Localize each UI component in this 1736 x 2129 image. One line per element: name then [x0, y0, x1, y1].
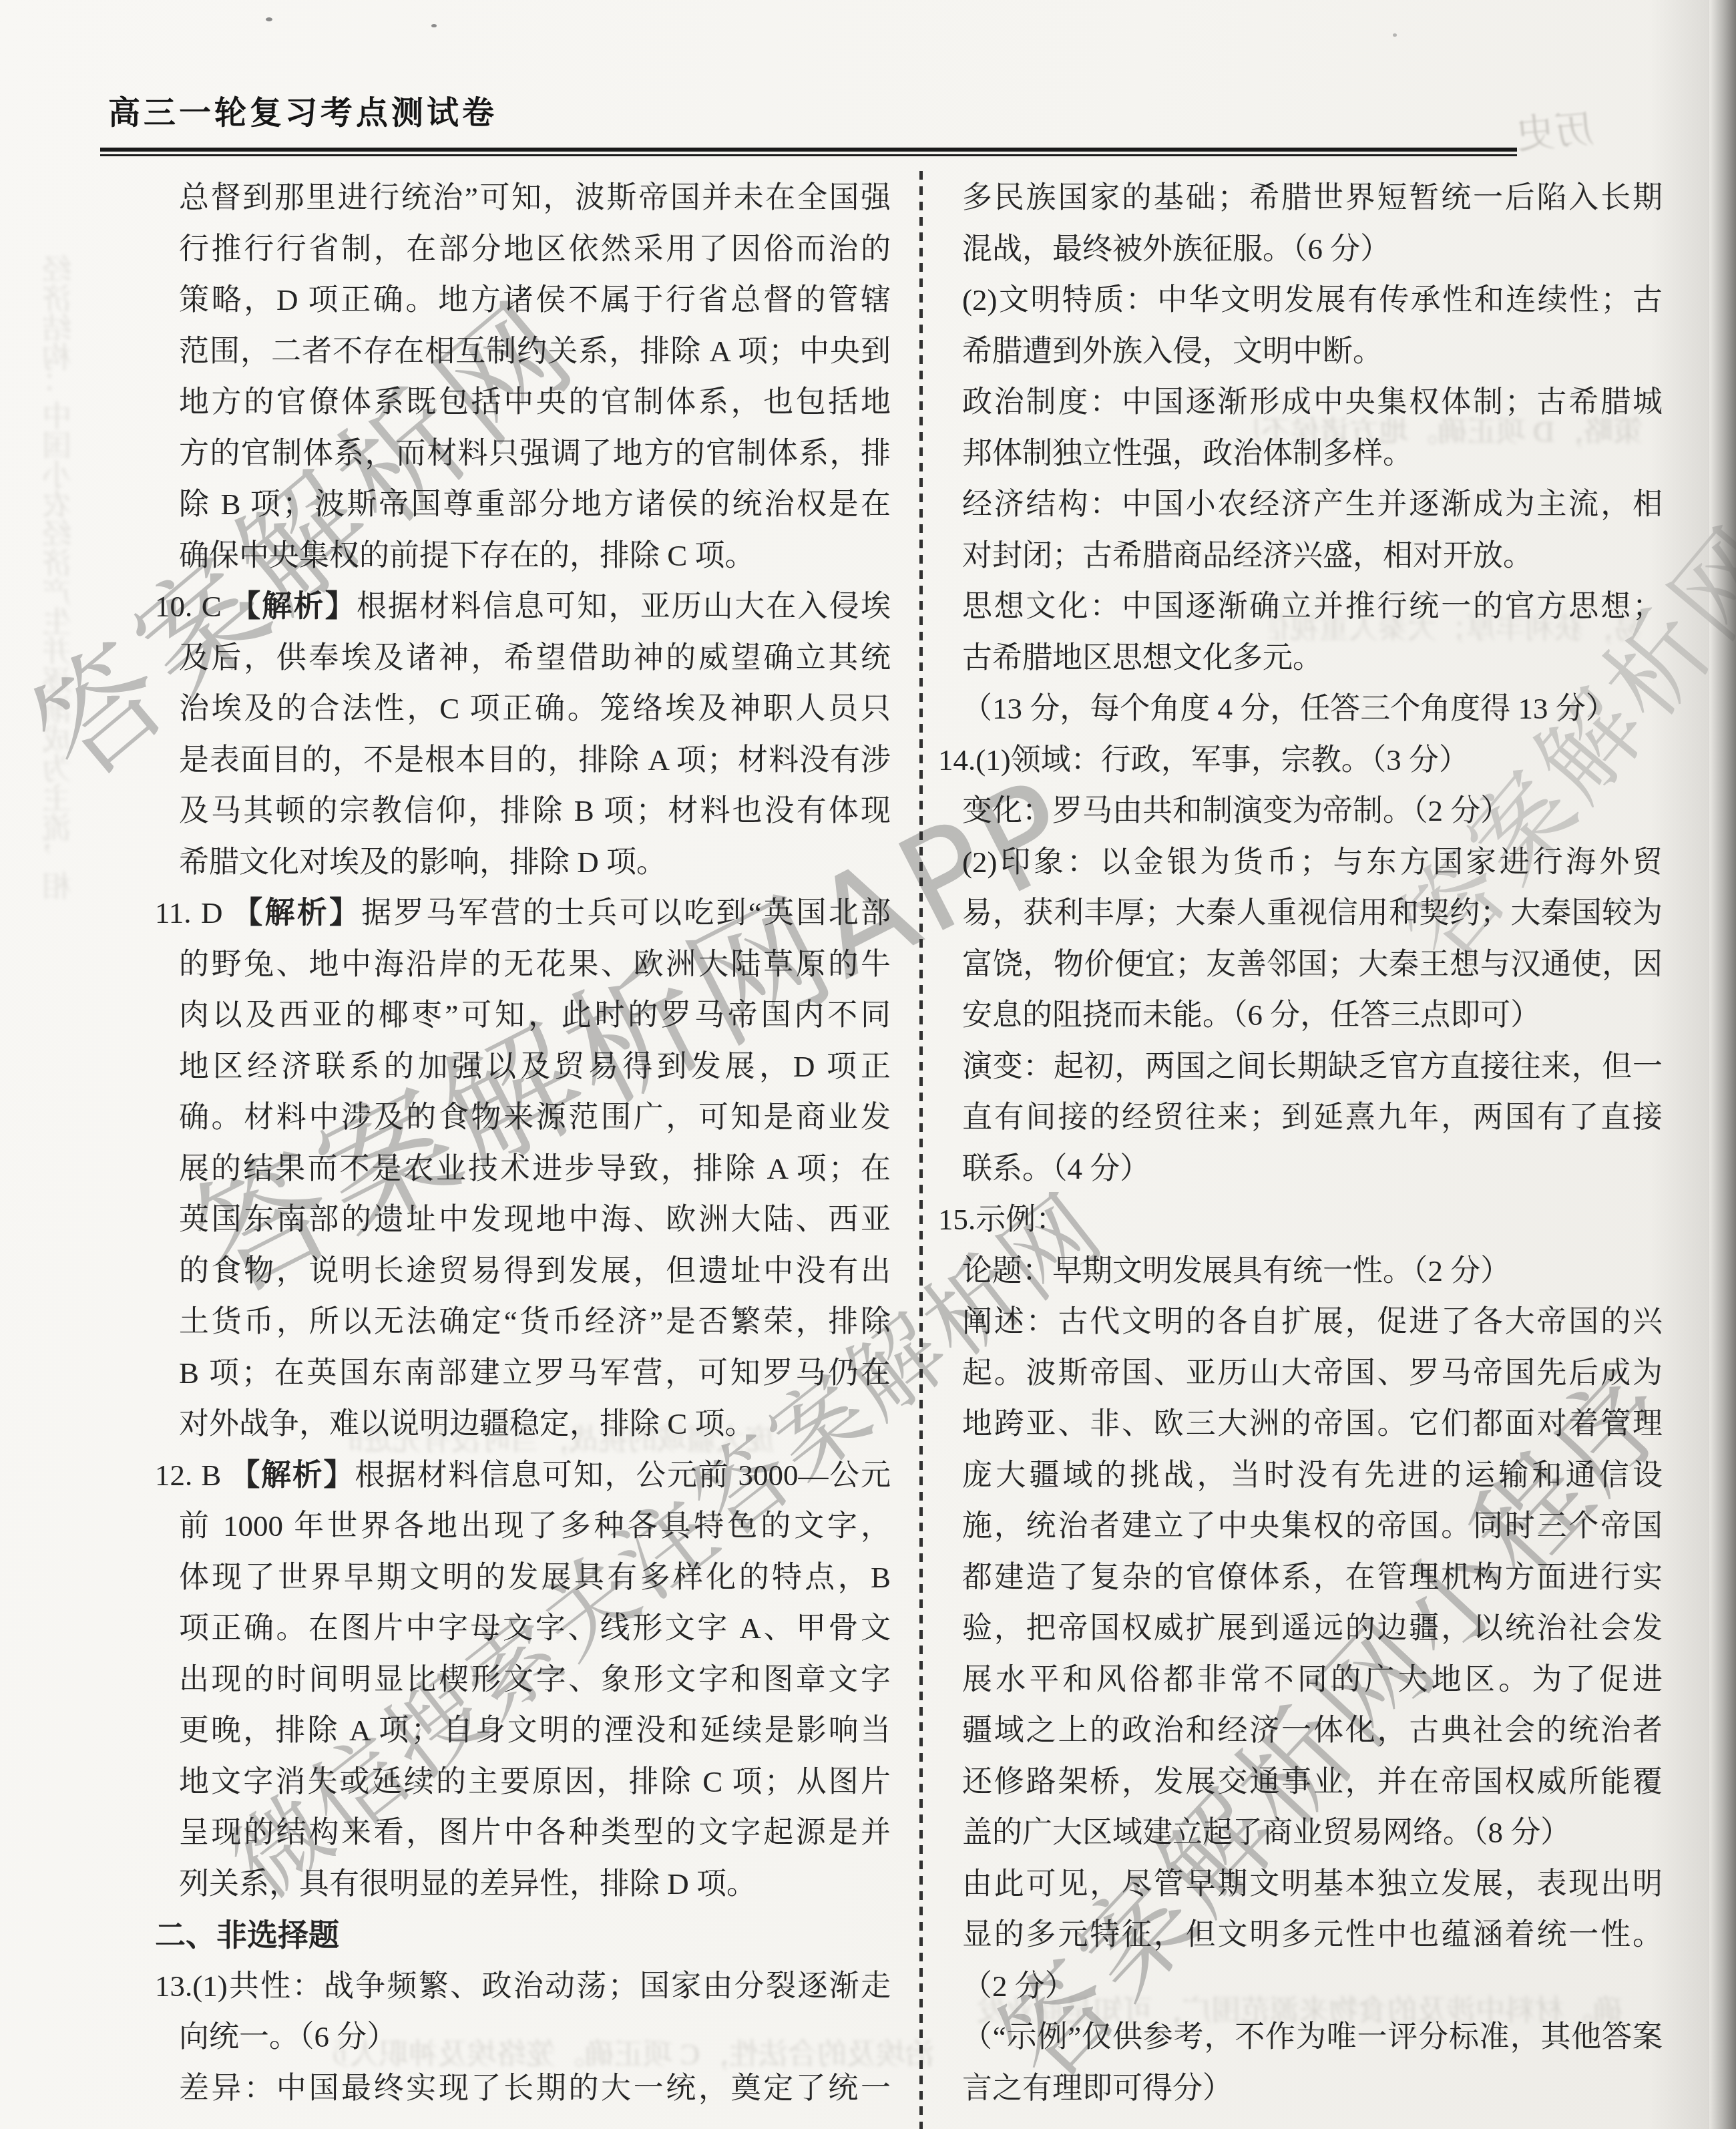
scan-speck	[1393, 33, 1397, 37]
answer-line: 14.(1)领域：行政，军事，宗教。（3 分）	[938, 735, 1663, 786]
answer-line: 策略，D 项正确。地方诸侯不属于行省总督的管辖	[155, 274, 891, 326]
answer-line: 显的多元特征，但文明多元性中也蕴涵着统一性。	[938, 1909, 1663, 1961]
answer-line: (2)文明特质：中华文明发展有传承性和连续性；古	[938, 274, 1663, 326]
answer-line: 起。波斯帝国、亚历山大帝国、罗马帝国先后成为	[938, 1348, 1663, 1399]
answer-line: 范围，二者不存在相互制约关系，排除 A 项；中央到	[155, 326, 891, 377]
answer-line: 地区经济联系的加强以及贸易得到发展，D 项正	[155, 1041, 891, 1093]
answer-line: 项正确。在图片中字母文字、线形文字 A、甲骨文	[155, 1603, 891, 1654]
answer-line: 对封闭；古希腊商品经济兴盛，相对开放。	[938, 530, 1663, 582]
answer-line: 体现了世界早期文明的发展具有多样化的特点，B	[155, 1552, 891, 1603]
ghost-text: 历史	[1514, 97, 1596, 160]
answer-line: B 项；在英国东南部建立罗马军营，可知罗马仍在	[155, 1348, 891, 1399]
answer-number: 12. B	[155, 1459, 230, 1492]
answer-line: 确保中央集权的前提下存在的，排除 C 项。	[155, 530, 891, 582]
answer-text: 根据材料信息可知，亚历山大在入侵埃	[357, 590, 891, 623]
answer-line: (2)印象：以金银为货币；与东方国家进行海外贸	[938, 837, 1663, 888]
answer-line: 地文字消失或延续的主要原因，排除 C 项；从图片	[155, 1756, 891, 1808]
answer-line: 联系。（4 分）	[938, 1143, 1663, 1195]
answer-line: 疆域之上的政治和经济一体化，古典社会的统治者	[938, 1705, 1663, 1756]
right-column: 多民族国家的基础；希腊世界短暂统一后陷入长期混战，最终被外族征服。（6 分）(2…	[938, 172, 1663, 2114]
answer-line: 论题：早期文明发展具有统一性。（2 分）	[938, 1245, 1663, 1297]
answer-line: 总督到那里进行统治”可知，波斯帝国并未在全国强	[155, 172, 891, 224]
answer-line: 验，把帝国权威扩展到遥远的边疆，以统治社会发	[938, 1603, 1663, 1654]
answer-line: 差异：中国最终实现了长期的大一统，奠定了统一	[155, 2063, 891, 2114]
answer-line: 除 B 项；波斯帝国尊重部分地方诸侯的统治权是在	[155, 479, 891, 530]
answer-line: 演变：起初，两国之间长期缺乏官方直接往来，但一	[938, 1041, 1663, 1093]
left-column: 总督到那里进行统治”可知，波斯帝国并未在全国强行推行行省制，在部分地区依然采用了…	[155, 172, 891, 2114]
answer-line: 希腊文化对埃及的影响，排除 D 项。	[155, 837, 891, 888]
answer-line: 出现的时间明显比楔形文字、象形文字和图章文字	[155, 1654, 891, 1706]
answer-line: （“示例”仅供参考，不作为唯一评分标准，其他答案	[938, 2011, 1663, 2063]
answer-number: 11. D	[155, 896, 232, 930]
title-rule	[100, 148, 1517, 156]
answer-line: 方的官制体系，而材料只强调了地方的官制体系，排	[155, 428, 891, 479]
answer-line: 古希腊地区思想文化多元。	[938, 632, 1663, 684]
answer-line: 展的结果而不是农业技术进步导致，排除 A 项；在	[155, 1143, 891, 1195]
answer-line: 列关系，具有很明显的差异性，排除 D 项。	[155, 1859, 891, 1910]
answer-line: 庞大疆域的挑战，当时没有先进的运输和通信设	[938, 1450, 1663, 1501]
answer-line: 及马其顿的宗教信仰，排除 B 项；材料也没有体现	[155, 785, 891, 837]
answer-line: 邦体制独立性强，政治体制多样。	[938, 428, 1663, 479]
answer-line: 安息的阻挠而未能。（6 分，任答三点即可）	[938, 990, 1663, 1041]
answer-text: 根据材料信息可知，公元前 3000—公元	[355, 1459, 891, 1492]
answer-line: （2 分）	[938, 1961, 1663, 2012]
scan-speck	[266, 17, 272, 21]
answer-line: 直有间接的经贸往来；到延熹九年，两国有了直接	[938, 1092, 1663, 1143]
analysis-tag: 【解析】	[230, 1458, 355, 1492]
answer-line: 10. C 【解析】根据材料信息可知，亚历山大在入侵埃	[155, 581, 891, 632]
answer-line: 的野兔、地中海沿岸的无花果、欧洲大陆草原的牛	[155, 939, 891, 990]
answer-line: 地跨亚、非、欧三大洲的帝国。它们都面对着管理	[938, 1398, 1663, 1450]
answer-line: 对外战争，难以说明边疆稳定，排除 C 项。	[155, 1398, 891, 1450]
answer-line: 经济结构：中国小农经济产生并逐渐成为主流，相	[938, 479, 1663, 530]
analysis-tag: 【解析】	[232, 896, 361, 930]
answer-line: 的食物，说明长途贸易得到发展，但遗址中没有出	[155, 1245, 891, 1297]
answer-line: 英国东南部的遗址中发现地中海、欧洲大陆、西亚	[155, 1194, 891, 1245]
answer-text: 据罗马军营的士兵可以吃到“英国北部	[361, 896, 891, 930]
answer-line: 混战，最终被外族征服。（6 分）	[938, 224, 1663, 275]
answer-line: 二、非选择题	[155, 1909, 891, 1961]
answer-line: （13 分，每个角度 4 分，任答三个角度得 13 分）	[938, 683, 1663, 735]
answer-number: 10. C	[155, 590, 230, 623]
answer-line: 12. B 【解析】根据材料信息可知，公元前 3000—公元	[155, 1450, 891, 1501]
analysis-tag: 【解析】	[230, 589, 357, 623]
answer-line: 前 1000 年世界各地出现了多种各具特色的文字，	[155, 1501, 891, 1552]
answer-line: 展水平和风俗都非常不同的广大地区。为了促进	[938, 1654, 1663, 1706]
answer-line: 都建造了复杂的官僚体系，在管理机构方面进行实	[938, 1552, 1663, 1603]
answer-line: 11. D 【解析】据罗马军营的士兵可以吃到“英国北部	[155, 888, 891, 939]
scan-speck	[431, 24, 437, 27]
page-title: 高三一轮复习考点测试卷	[108, 87, 497, 133]
answer-line: 行推行行省制，在部分地区依然采用了因俗而治的	[155, 224, 891, 275]
answer-line: 土货币，所以无法确定“货币经济”是否繁荣，排除	[155, 1296, 891, 1348]
answer-line: 是表面目的，不是根本目的，排除 A 项；材料没有涉	[155, 735, 891, 786]
answer-line: 政治制度：中国逐渐形成中央集权体制；古希腊城	[938, 377, 1663, 428]
answer-line: 还修路架桥，发展交通事业，并在帝国权威所能覆	[938, 1756, 1663, 1808]
answer-line: 盖的广大区域建立起了商业贸易网络。（8 分）	[938, 1807, 1663, 1859]
answer-line: 思想文化：中国逐渐确立并推行统一的官方思想；	[938, 581, 1663, 632]
answer-line: 变化：罗马由共和制演变为帝制。（2 分）	[938, 785, 1663, 837]
scanned-answer-page: { "header": { "title": "高三一轮复习考点测试卷", "g…	[0, 0, 1736, 2129]
answer-line: 13.(1)共性：战争频繁、政治动荡；国家由分裂逐渐走	[155, 1961, 891, 2012]
answer-line: 富饶，物价便宜；友善邻国；大秦王想与汉通使，因	[938, 939, 1663, 990]
answer-line: 更晚，排除 A 项；自身文明的湮没和延续是影响当	[155, 1705, 891, 1756]
answer-line: 向统一。（6 分）	[155, 2011, 891, 2063]
answer-line: 15.示例：	[938, 1194, 1663, 1245]
answer-line: 多民族国家的基础；希腊世界短暂统一后陷入长期	[938, 172, 1663, 224]
answer-line: 地方的官僚体系既包括中央的官制体系，也包括地	[155, 377, 891, 428]
scan-edge	[1708, 0, 1736, 2129]
answer-line: 施，统治者建立了中央集权的帝国。同时三个帝国	[938, 1501, 1663, 1552]
answer-line: 确。材料中涉及的食物来源范围广，可知是商业发	[155, 1092, 891, 1143]
answer-line: 言之有理即可得分）	[938, 2063, 1663, 2114]
ghost-text: 经济结构：中国小农经济产生并逐渐成为主流，相	[39, 254, 81, 955]
answer-line: 易，获利丰厚；大秦人重视信用和契约；大秦国较为	[938, 888, 1663, 939]
answer-line: 呈现的结构来看，图片中各种类型的文字起源是并	[155, 1807, 891, 1859]
answer-line: 由此可见，尽管早期文明基本独立发展，表现出明	[938, 1859, 1663, 1910]
answer-line: 肉以及西亚的椰枣”可知，此时的罗马帝国内不同	[155, 990, 891, 1041]
answer-line: 及后，供奉埃及诸神，希望借助神的威望确立其统	[155, 632, 891, 684]
answer-line: 治埃及的合法性，C 项正确。笼络埃及神职人员只	[155, 683, 891, 735]
answer-line: 阐述：古代文明的各自扩展，促进了各大帝国的兴	[938, 1296, 1663, 1348]
answer-line: 希腊遭到外族入侵，文明中断。	[938, 326, 1663, 377]
column-divider	[919, 171, 923, 2129]
